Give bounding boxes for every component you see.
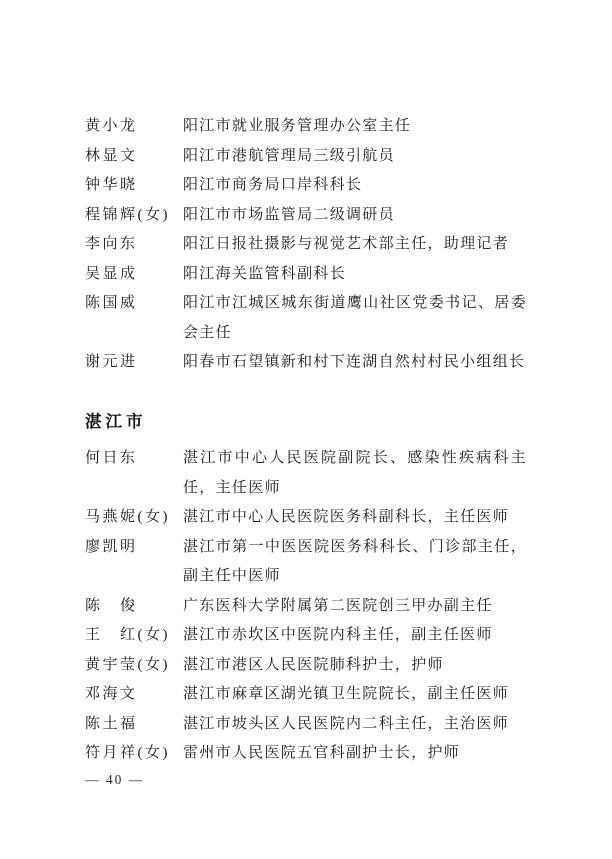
person-title: 湛江市中心人民医院副院长、感染性疾病科主任，主任医师	[183, 444, 527, 503]
person-name: 陈国威	[85, 289, 183, 319]
roster-row: 陈 俊 广东医科大学附属第二医院创三甲办副主任	[85, 592, 527, 622]
person-title: 雷州市人民医院五官科副护士长，护师	[183, 739, 527, 769]
person-name: 黄宇莹(女)	[85, 651, 183, 681]
person-title: 阳春市石望镇新和村下连湖自然村村民小组组长	[183, 348, 527, 378]
roster-row: 陈国威 阳江市江城区城东街道鹰山社区党委书记、居委会主任	[85, 289, 527, 348]
person-name: 廖凯明	[85, 533, 183, 563]
roster-row: 陈土福 湛江市坡头区人民医院内二科主任，主治医师	[85, 710, 527, 740]
roster-row: 黄宇莹(女) 湛江市港区人民医院肺科护士，护师	[85, 651, 527, 681]
person-title: 湛江市中心人民医院医务科副科长，主任医师	[183, 503, 527, 533]
roster-row: 王 红(女) 湛江市赤坎区中医院内科主任，副主任医师	[85, 621, 527, 651]
roster-row: 黄小龙 阳江市就业服务管理办公室主任	[85, 112, 527, 142]
roster-row: 吴显成 阳江海关监管科副科长	[85, 260, 527, 290]
person-name: 李向东	[85, 230, 183, 260]
roster-row: 林显文 阳江市港航管理局三级引航员	[85, 142, 527, 172]
person-name: 陈 俊	[85, 592, 183, 622]
person-title: 阳江市江城区城东街道鹰山社区党委书记、居委会主任	[183, 289, 527, 348]
page-number: — 40 —	[85, 769, 527, 791]
person-name: 陈土福	[85, 710, 183, 740]
person-title: 湛江市赤坎区中医院内科主任，副主任医师	[183, 621, 527, 651]
person-title: 阳江市港航管理局三级引航员	[183, 142, 527, 172]
person-title: 阳江市就业服务管理办公室主任	[183, 112, 527, 142]
roster-row: 何日东 湛江市中心人民医院副院长、感染性疾病科主任，主任医师	[85, 444, 527, 503]
roster-row: 谢元进 阳春市石望镇新和村下连湖自然村村民小组组长	[85, 348, 527, 378]
roster-row: 程锦辉(女) 阳江市市场监管局二级调研员	[85, 201, 527, 231]
person-title: 湛江市麻章区湖光镇卫生院院长，副主任医师	[183, 680, 527, 710]
section-header-zhanjiang: 湛江市	[85, 408, 527, 438]
person-title: 阳江市商务局口岸科科长	[183, 171, 527, 201]
person-title: 广东医科大学附属第二医院创三甲办副主任	[183, 592, 527, 622]
person-title: 阳江日报社摄影与视觉艺术部主任，助理记者	[183, 230, 527, 260]
roster-section-yangjiang-continued: 黄小龙 阳江市就业服务管理办公室主任 林显文 阳江市港航管理局三级引航员 钟华晓…	[85, 112, 527, 378]
person-title: 湛江市坡头区人民医院内二科主任，主治医师	[183, 710, 527, 740]
person-name: 黄小龙	[85, 112, 183, 142]
person-title: 阳江市市场监管局二级调研员	[183, 201, 527, 231]
roster-row: 廖凯明 湛江市第一中医医院医务科科长、门诊部主任，副主任中医师	[85, 533, 527, 592]
person-name: 符月祥(女)	[85, 739, 183, 769]
person-name: 钟华晓	[85, 171, 183, 201]
roster-row: 邓海文 湛江市麻章区湖光镇卫生院院长，副主任医师	[85, 680, 527, 710]
person-name: 程锦辉(女)	[85, 201, 183, 231]
person-name: 王 红(女)	[85, 621, 183, 651]
person-title: 湛江市第一中医医院医务科科长、门诊部主任，副主任中医师	[183, 533, 527, 592]
person-name: 谢元进	[85, 348, 183, 378]
person-name: 吴显成	[85, 260, 183, 290]
person-title: 阳江海关监管科副科长	[183, 260, 527, 290]
person-name: 邓海文	[85, 680, 183, 710]
document-page: 黄小龙 阳江市就业服务管理办公室主任 林显文 阳江市港航管理局三级引航员 钟华晓…	[0, 0, 612, 859]
roster-row: 李向东 阳江日报社摄影与视觉艺术部主任，助理记者	[85, 230, 527, 260]
roster-row: 钟华晓 阳江市商务局口岸科科长	[85, 171, 527, 201]
person-title: 湛江市港区人民医院肺科护士，护师	[183, 651, 527, 681]
roster-row: 符月祥(女) 雷州市人民医院五官科副护士长，护师	[85, 739, 527, 769]
person-name: 马燕妮(女)	[85, 503, 183, 533]
person-name: 林显文	[85, 142, 183, 172]
person-name: 何日东	[85, 444, 183, 474]
roster-section-zhanjiang: 何日东 湛江市中心人民医院副院长、感染性疾病科主任，主任医师 马燕妮(女) 湛江…	[85, 444, 527, 769]
roster-row: 马燕妮(女) 湛江市中心人民医院医务科副科长，主任医师	[85, 503, 527, 533]
